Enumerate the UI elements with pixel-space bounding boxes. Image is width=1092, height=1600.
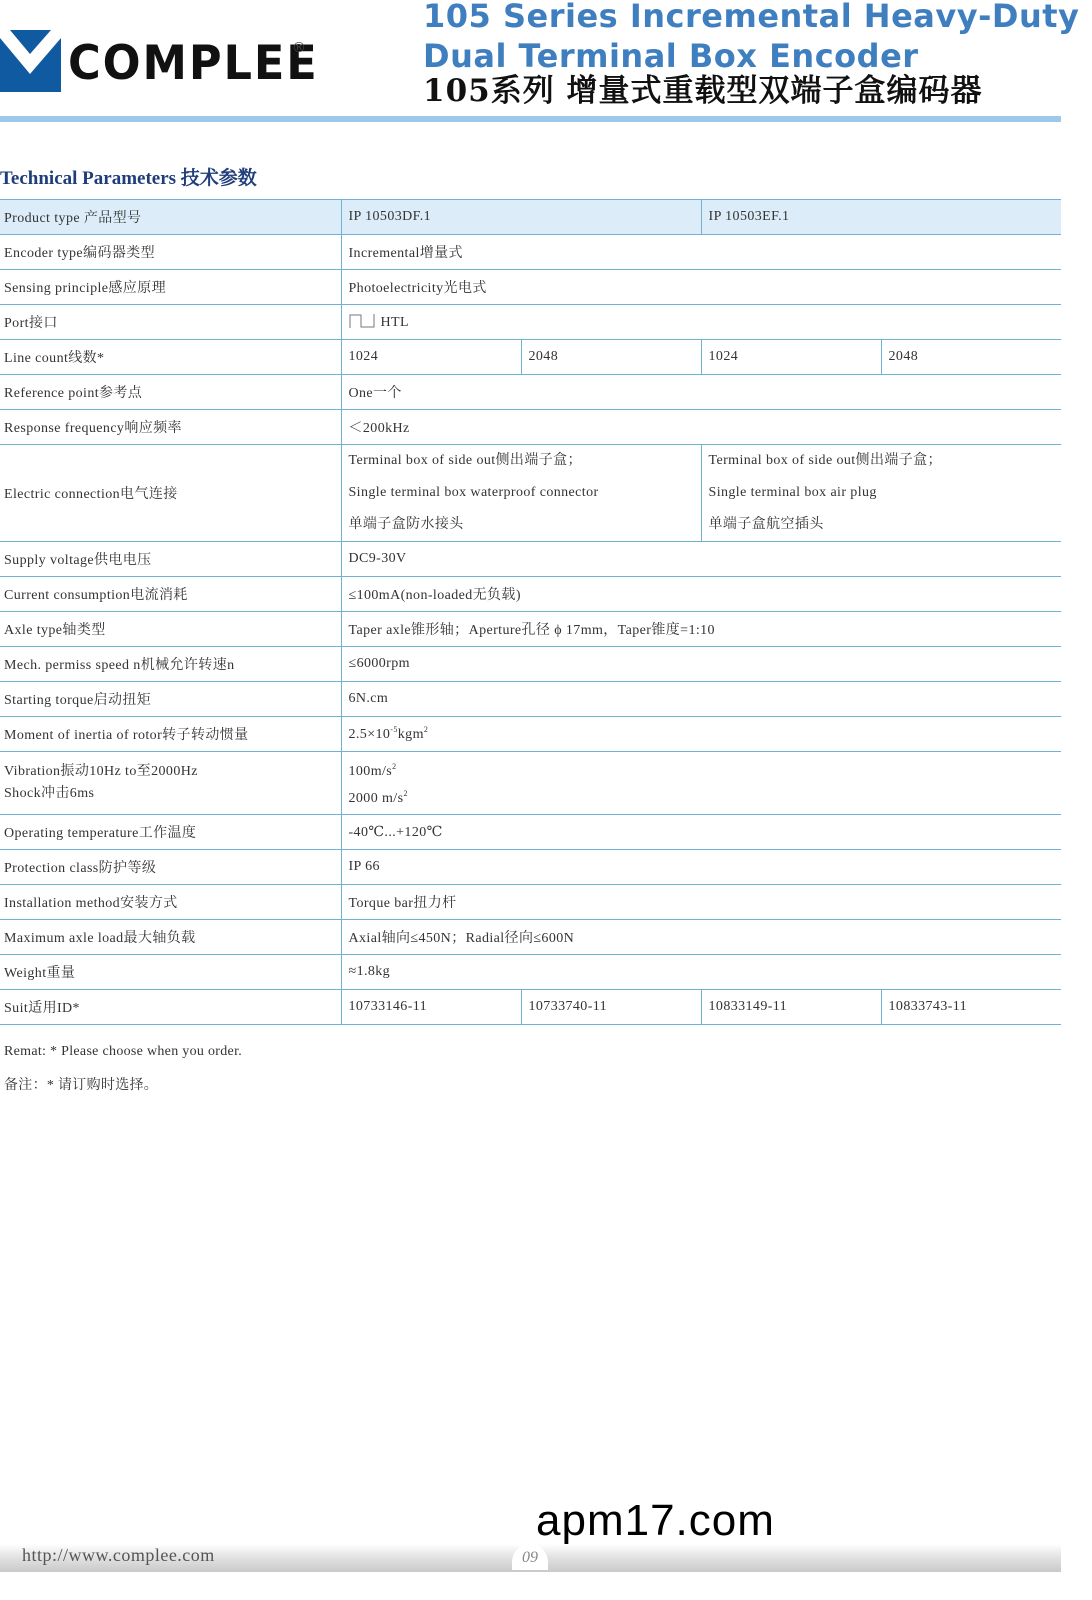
row-value: 100m/s2 2000 m/s2 xyxy=(341,752,1061,815)
row-label: Axle type轴类型 xyxy=(0,612,341,647)
row-label: Protection class防护等级 xyxy=(0,850,341,885)
row-label: Starting torque启动扭矩 xyxy=(0,682,341,717)
row-label: Reference point参考点 xyxy=(0,375,341,410)
line-count-4: 2048 xyxy=(881,340,1061,375)
row-value: ＜200kHz xyxy=(341,410,1061,445)
table-row: Response frequency响应频率 ＜200kHz xyxy=(0,410,1061,445)
header-divider xyxy=(0,116,1061,122)
table-row: Operating temperature工作温度 -40℃...+120℃ xyxy=(0,815,1061,850)
table-row-electric-connection: Electric connection电气连接 Terminal box of … xyxy=(0,445,1061,542)
row-label: Product type 产品型号 xyxy=(0,200,341,235)
row-value: IP 66 xyxy=(341,850,1061,885)
table-row-vibration-shock: Vibration振动10Hz to至2000Hz Shock冲击6ms 100… xyxy=(0,752,1061,815)
suit-id-1: 10733146-11 xyxy=(341,990,521,1025)
table-row: Axle type轴类型 Taper axle锥形轴；Aperture孔径 ϕ … xyxy=(0,612,1061,647)
row-value: DC9-30V xyxy=(341,542,1061,577)
row-value: Photoelectricity光电式 xyxy=(341,270,1061,305)
table-row-suit-id: Suit适用ID* 10733146-11 10733740-11 108331… xyxy=(0,990,1061,1025)
line-count-1: 1024 xyxy=(341,340,521,375)
registered-mark: ® xyxy=(292,40,306,56)
title-english: 105 Series Incremental Heavy-Duty Dual T… xyxy=(423,0,1092,76)
row-value: ≤6000rpm xyxy=(341,647,1061,682)
row-value: HTL xyxy=(341,305,1061,340)
value-exponent: 2 xyxy=(403,789,407,798)
text-line: Terminal box of side out侧出端子盒； xyxy=(349,445,701,477)
section-title: Technical Parameters 技术参数 xyxy=(0,163,257,190)
table-row-product-type: Product type 产品型号 IP 10503DF.1 IP 10503E… xyxy=(0,200,1061,235)
value-exponent: 2 xyxy=(392,762,396,771)
table-row: Installation method安装方式 Torque bar扭力杆 xyxy=(0,885,1061,920)
text-line: Single terminal box air plug xyxy=(709,477,1062,509)
table-row: Reference point参考点 One一个 xyxy=(0,375,1061,410)
unit-exponent: 2 xyxy=(424,725,428,734)
title-en-line2: Dual Terminal Box Encoder xyxy=(423,36,1092,76)
text-line: 单端子盒防水接头 xyxy=(349,509,701,541)
row-label: Mech. permiss speed n机械允许转速n xyxy=(0,647,341,682)
table-row: Sensing principle感应原理 Photoelectricity光电… xyxy=(0,270,1061,305)
logo-chevron-icon xyxy=(0,30,61,92)
table-row: Weight重量 ≈1.8kg xyxy=(0,955,1061,990)
value-text: 100m/s xyxy=(349,764,393,779)
footer-url-link[interactable]: http://www.complee.com xyxy=(22,1545,215,1566)
row-label: Suit适用ID* xyxy=(0,990,341,1025)
value-line: 2000 m/s2 xyxy=(349,783,1062,810)
row-label: Maximum axle load最大轴负载 xyxy=(0,920,341,955)
remark-english: Remat: * Please choose when you order. xyxy=(4,1044,242,1060)
row-value: -40℃...+120℃ xyxy=(341,815,1061,850)
row-value: ≈1.8kg xyxy=(341,955,1061,990)
table-row: Maximum axle load最大轴负载 Axial轴向≤450N；Radi… xyxy=(0,920,1061,955)
brand-logo: COMPLEE ® xyxy=(0,30,320,92)
row-label: Current consumption电流消耗 xyxy=(0,577,341,612)
table-row: Current consumption电流消耗 ≤100mA(non-loade… xyxy=(0,577,1061,612)
table-row: Port接口 HTL xyxy=(0,305,1061,340)
label-line: Shock冲击6ms xyxy=(4,783,341,805)
line-count-2: 2048 xyxy=(521,340,701,375)
text-line: Single terminal box waterproof connector xyxy=(349,477,701,509)
suit-id-2: 10733740-11 xyxy=(521,990,701,1025)
row-label: Response frequency响应频率 xyxy=(0,410,341,445)
table-row: Encoder type编码器类型 Incremental增量式 xyxy=(0,235,1061,270)
text-line: Terminal box of side out侧出端子盒； xyxy=(709,445,1062,477)
row-label: Supply voltage供电电压 xyxy=(0,542,341,577)
table-row: Supply voltage供电电压 DC9-30V xyxy=(0,542,1061,577)
row-value: Incremental增量式 xyxy=(341,235,1061,270)
row-label: Weight重量 xyxy=(0,955,341,990)
row-value: 2.5×10-5kgm2 xyxy=(341,717,1061,752)
row-label: Encoder type编码器类型 xyxy=(0,235,341,270)
row-label: Line count线数* xyxy=(0,340,341,375)
title-chinese: 105系列 增量式重载型双端子盒编码器 xyxy=(423,72,983,110)
row-value: One一个 xyxy=(341,375,1061,410)
value-line: 100m/s2 xyxy=(349,756,1062,783)
square-wave-icon xyxy=(349,314,375,328)
value-text: 2000 m/s xyxy=(349,791,404,806)
watermark: apm17.com xyxy=(536,1496,775,1546)
row-value: Torque bar扭力杆 xyxy=(341,885,1061,920)
row-label: Vibration振动10Hz to至2000Hz Shock冲击6ms xyxy=(0,752,341,815)
row-value: Axial轴向≤450N；Radial径向≤600N xyxy=(341,920,1061,955)
row-value: ≤100mA(non-loaded无负载) xyxy=(341,577,1061,612)
table-row: Mech. permiss speed n机械允许转速n ≤6000rpm xyxy=(0,647,1061,682)
line-count-3: 1024 xyxy=(701,340,881,375)
product-type-df: IP 10503DF.1 xyxy=(341,200,701,235)
row-label: Moment of inertia of rotor转子转动惯量 xyxy=(0,717,341,752)
product-type-ef: IP 10503EF.1 xyxy=(701,200,1061,235)
row-value: Taper axle锥形轴；Aperture孔径 ϕ 17mm，Taper锥度=… xyxy=(341,612,1061,647)
electric-connection-ef: Terminal box of side out侧出端子盒； Single te… xyxy=(701,445,1061,542)
brand-name: COMPLEE xyxy=(68,36,319,92)
table-row: Line count线数* 1024 2048 1024 2048 xyxy=(0,340,1061,375)
suit-id-4: 10833743-11 xyxy=(881,990,1061,1025)
value-unit: kgm xyxy=(398,727,424,742)
label-line: Vibration振动10Hz to至2000Hz xyxy=(4,761,341,783)
suit-id-3: 10833149-11 xyxy=(701,990,881,1025)
table-row: Moment of inertia of rotor转子转动惯量 2.5×10-… xyxy=(0,717,1061,752)
title-en-line1: 105 Series Incremental Heavy-Duty xyxy=(423,0,1092,36)
row-label: Sensing principle感应原理 xyxy=(0,270,341,305)
row-label: Port接口 xyxy=(0,305,341,340)
port-value: HTL xyxy=(381,315,409,330)
technical-parameters-table: Product type 产品型号 IP 10503DF.1 IP 10503E… xyxy=(0,199,1061,1025)
row-label: Installation method安装方式 xyxy=(0,885,341,920)
remark-chinese: 备注：* 请订购时选择。 xyxy=(4,1074,158,1094)
text-line: 单端子盒航空插头 xyxy=(709,509,1062,541)
electric-connection-df: Terminal box of side out侧出端子盒； Single te… xyxy=(341,445,701,542)
value-base: 2.5×10 xyxy=(349,727,391,742)
table-row: Protection class防护等级 IP 66 xyxy=(0,850,1061,885)
row-label: Operating temperature工作温度 xyxy=(0,815,341,850)
table-row: Starting torque启动扭矩 6N.cm xyxy=(0,682,1061,717)
value-exponent: -5 xyxy=(390,725,397,734)
row-label: Electric connection电气连接 xyxy=(0,445,341,542)
row-value: 6N.cm xyxy=(341,682,1061,717)
